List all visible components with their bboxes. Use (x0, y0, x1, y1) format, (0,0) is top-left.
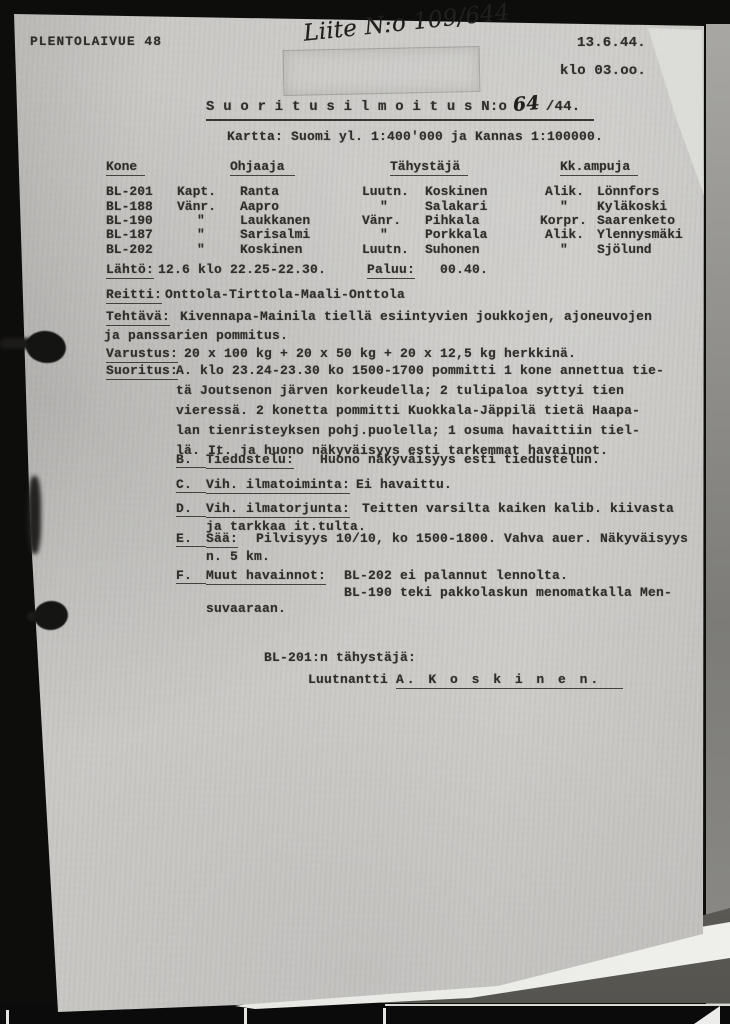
crew-table-row: BL-187 " Sarisalmi " Porkkala Alik. Ylen… (0, 227, 730, 242)
tehtava-line1: Kivennapa-Mainila tiellä esiintyvien jou… (180, 309, 652, 324)
obs-e-label: Sää: (206, 531, 238, 548)
crew-cell-observer-name: Suhonen (425, 242, 480, 257)
suoritus-line3: vieressä. 2 konetta pommitti Kuokkala-Jä… (176, 403, 640, 418)
report-number-handwritten: 64 (512, 96, 540, 113)
crew-cell-gunner-rank: Alik. (545, 184, 584, 199)
crew-cell-observer-name: Salakari (425, 199, 487, 214)
crew-cell-kone: BL-190 (106, 213, 153, 228)
crew-table-row: BL-201 Kapt. Ranta Luutn. Koskinen Alik.… (0, 184, 730, 199)
crew-cell-gunner-rank: " (560, 242, 568, 257)
crew-cell-observer-rank: " (380, 227, 388, 242)
report-time: klo 03.oo. (560, 64, 646, 79)
tehtava-line2: ja panssarien pommitus. (104, 328, 288, 343)
crew-header-kone: Kone (106, 159, 145, 176)
crew-header-kk-ampuja: Kk.ampuja (560, 159, 638, 176)
obs-c-letter: C. (176, 477, 206, 493)
crew-cell-pilot-rank: " (197, 213, 205, 228)
obs-f-text2: BL-190 teki pakkolaskun menomatkalla Men… (344, 585, 672, 600)
suoritus-label: Suoritus: (106, 363, 178, 380)
obs-e-letter: E. (176, 531, 206, 547)
handwritten-annotation: Liite N:o 109/644 (303, 5, 511, 42)
obs-b-text: Huono näkyväisyys esti tiedustelun. (320, 452, 600, 467)
crew-cell-gunner-rank: " (560, 199, 568, 214)
crew-cell-observer-rank: " (380, 199, 388, 214)
crew-cell-pilot-name: Koskinen (240, 242, 302, 257)
crew-cell-kone: BL-188 (106, 199, 153, 214)
crew-cell-observer-name: Koskinen (425, 184, 487, 199)
crew-cell-gunner-name: Ylennysmäki (597, 227, 683, 242)
suoritus-line4: lan tienristeyksen pohj.puolella; 1 osum… (176, 423, 640, 438)
tehtava-label: Tehtävä: (106, 309, 170, 326)
crew-cell-gunner-name: Lönnfors (597, 184, 659, 199)
crew-header-ohjaaja: Ohjaaja (230, 159, 295, 176)
crew-cell-kone: BL-187 (106, 227, 153, 242)
crew-table-row: BL-202 " Koskinen Luutn. Suhonen " Sjölu… (0, 242, 730, 257)
crew-cell-observer-rank: Luutn. (362, 184, 409, 199)
signature-name: A. K o s k i n e n. (396, 672, 623, 689)
signature-rank: Luutnantti (308, 672, 388, 687)
crew-cell-pilot-rank: Kapt. (177, 184, 216, 199)
report-title-text: S u o r i t u s i l m o i t u s N:o (206, 100, 507, 115)
obs-c-label: Vih. ilmatoiminta: (206, 477, 350, 494)
lahto-value: 12.6 klo 22.25-22.30. (158, 262, 326, 277)
crew-table-header-row: Kone Ohjaaja Tähystäjä Kk.ampuja (0, 159, 730, 174)
crew-cell-pilot-name: Aapro (240, 199, 279, 214)
crew-cell-observer-name: Pihkala (425, 213, 480, 228)
obs-f-text: BL-202 ei palannut lennolta. (344, 568, 568, 583)
paluu-label: Paluu: (367, 262, 415, 279)
crew-cell-pilot-name: Ranta (240, 184, 279, 199)
crew-cell-pilot-rank: " (197, 227, 205, 242)
reitti-value: Onttola-Tirttola-Maali-Onttola (165, 287, 405, 302)
obs-f-text3: suvaaraan. (206, 601, 286, 616)
crew-cell-pilot-rank: Vänr. (177, 199, 216, 214)
obs-d-letter: D. (176, 501, 206, 517)
ink-stamp (283, 46, 481, 96)
obs-d-text: Teitten varsilta kaiken kalib. kiivasta (362, 501, 674, 516)
varustus-value: 20 x 100 kg + 20 x 50 kg + 20 x 12,5 kg … (184, 346, 576, 361)
obs-e-text2: n. 5 km. (206, 549, 270, 564)
scanned-report-page: PLENTOLAIVUE 48 Liite N:o 109/644 13.6.4… (0, 0, 730, 1024)
crew-cell-gunner-name: Sjölund (597, 242, 652, 257)
crew-cell-pilot-name: Sarisalmi (240, 227, 310, 242)
crew-cell-observer-name: Porkkala (425, 227, 487, 242)
crew-cell-pilot-name: Laukkanen (240, 213, 310, 228)
obs-b-letter: B. (176, 452, 206, 468)
crew-cell-pilot-rank: " (197, 242, 205, 257)
reitti-label: Reitti: (106, 287, 162, 304)
varustus-label: Varustus: (106, 346, 178, 363)
suoritus-line1: A. klo 23.24-23.30 ko 1500-1700 pommitti… (176, 363, 664, 378)
crew-cell-observer-rank: Vänr. (362, 213, 401, 228)
crew-cell-gunner-rank: Alik. (545, 227, 584, 242)
punch-hole (24, 328, 68, 365)
obs-f-label: Muut havainnot: (206, 568, 326, 585)
crew-cell-gunner-name: Saarenketo (597, 213, 675, 228)
unit-name: PLENTOLAIVUE 48 (30, 34, 162, 49)
crew-cell-gunner-rank: Korpr. (540, 213, 587, 228)
signature-role-line: BL-201:n tähystäjä: (264, 650, 416, 665)
report-title: S u o r i t u s i l m o i t u s N:o 64 /… (206, 97, 594, 121)
obs-d-label: Vih. ilmatorjunta: (206, 501, 350, 518)
document-content: PLENTOLAIVUE 48 Liite N:o 109/644 13.6.4… (0, 0, 730, 1024)
crew-table-row: BL-190 " Laukkanen Vänr. Pihkala Korpr. … (0, 213, 730, 228)
obs-b-label: Tiedustelu: (206, 452, 294, 469)
crew-table-row: BL-188 Vänr. Aapro " Salakari " Kyläkosk… (0, 199, 730, 214)
edge-smudge (28, 476, 41, 554)
obs-c-text: Ei havaittu. (356, 477, 452, 492)
crew-cell-gunner-name: Kyläkoski (597, 199, 667, 214)
suoritus-line2: tä Joutsenon järven korkeudella; 2 tulip… (176, 383, 624, 398)
paluu-value: 00.40. (440, 262, 488, 277)
obs-e-text: Pilvisyys 10/10, ko 1500-1800. Vahva aue… (256, 531, 688, 546)
obs-f-letter: F. (176, 568, 206, 584)
report-date: 13.6.44. (577, 36, 646, 51)
map-scale-line: Kartta: Suomi yl. 1:400'000 ja Kannas 1:… (227, 129, 603, 144)
crew-header-tahystaja: Tähystäjä (390, 159, 468, 176)
lahto-label: Lähtö: (106, 262, 154, 279)
crew-cell-observer-rank: Luutn. (362, 242, 409, 257)
report-number-suffix: /44. (546, 100, 580, 115)
crew-cell-kone: BL-201 (106, 184, 153, 199)
punch-hole (33, 599, 70, 631)
crew-cell-kone: BL-202 (106, 242, 153, 257)
